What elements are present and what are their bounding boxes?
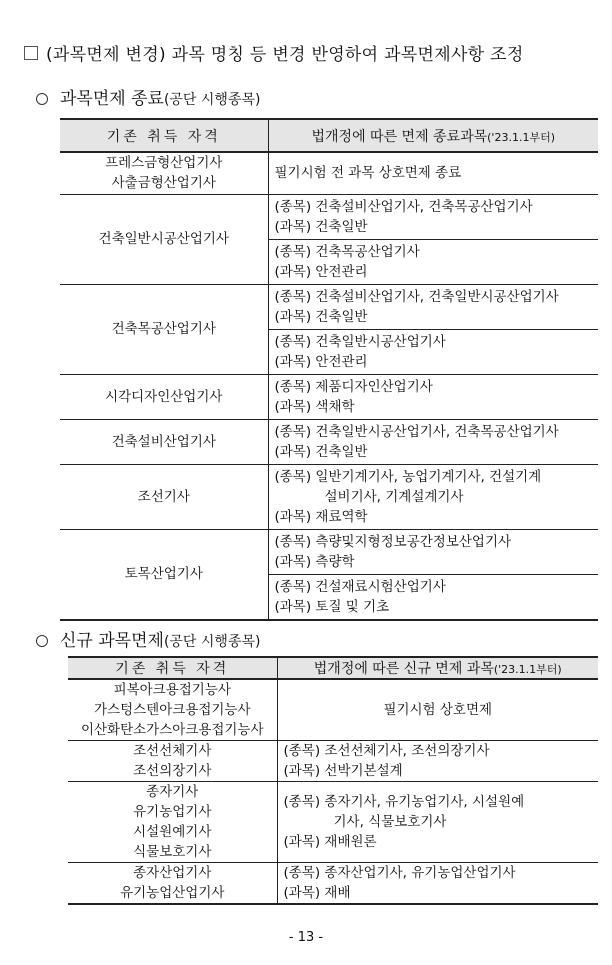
table-row: 프레스금형산업기사사출금형산업기사 필기시험 전 과목 상호면제 종료: [60, 152, 598, 194]
header-qualification: 기존 취득 자격: [60, 119, 268, 152]
subject-cell: (종목) 건축일반시공산업기사, 건축목공산업기사(과목) 건축일반: [268, 419, 598, 464]
table-row: 시각디자인산업기사 (종목) 제품디자인산업기사(과목) 색채학: [60, 374, 598, 419]
main-heading: (과목면제 변경) 과목 명칭 등 변경 반영하여 과목면제사항 조정: [24, 40, 524, 65]
circle-bullet-icon: [36, 635, 48, 647]
exemption-end-table: 기존 취득 자격 법개정에 따른 면제 종료과목('23.1.1부터) 프레스금…: [60, 118, 598, 621]
table-row: 종자산업기사유기농업산업기사 (종목) 종자산업기사, 유기농업산업기사(과목)…: [68, 863, 598, 905]
qualification-cell: 조선기사: [60, 464, 268, 529]
page-number: - 13 -: [0, 930, 612, 945]
header-subjects: 법개정에 따른 면제 종료과목('23.1.1부터): [268, 119, 598, 152]
subject-cell: (종목) 건축목공산업기사(과목) 안전관리: [268, 239, 598, 284]
square-bullet-icon: [24, 46, 38, 60]
qualification-cell: 조선선체기사조선의장기사: [68, 741, 277, 782]
subject-cell: (종목) 일반기계기사, 농업기계기사, 건설기계설비기사, 기계설계기사(과목…: [268, 464, 598, 529]
qualification-cell: 종자기사유기농업기사시설원예기사식물보호기사: [68, 782, 277, 863]
circle-bullet-icon: [36, 93, 48, 105]
qualification-cell: 피복아크용접기능사가스텅스텐아크용접기능사이산화탄소가스아크용접기능사: [68, 679, 277, 741]
subject-cell: (종목) 측량및지형정보공간정보산업기사(과목) 측량학: [268, 529, 598, 574]
subject-cell: (종목) 건설재료시험산업기사(과목) 토질 및 기초: [268, 574, 598, 620]
subject-cell: (종목) 건축설비산업기사, 건축목공산업기사(과목) 건축일반: [268, 194, 598, 239]
subject-cell: (종목) 조선선체기사, 조선의장기사(과목) 선박기본설계: [277, 741, 598, 782]
qualification-cell: 건축설비산업기사: [60, 419, 268, 464]
subject-cell: 필기시험 전 과목 상호면제 종료: [268, 152, 598, 194]
subject-cell: (종목) 건축설비산업기사, 건축일반시공산업기사(과목) 건축일반: [268, 284, 598, 329]
subject-cell: (종목) 제품디자인산업기사(과목) 색채학: [268, 374, 598, 419]
header-qualification: 기존 취득 자격: [68, 657, 277, 679]
table-row: 건축설비산업기사 (종목) 건축일반시공산업기사, 건축목공산업기사(과목) 건…: [60, 419, 598, 464]
subject-cell: (종목) 건축일반시공산업기사(과목) 안전관리: [268, 329, 598, 374]
section-heading-exemption-end: 과목면제 종료(공단 시행종목): [36, 84, 260, 109]
table-row: 피복아크용접기능사가스텅스텐아크용접기능사이산화탄소가스아크용접기능사 필기시험…: [68, 679, 598, 741]
table-row: 토목산업기사 (종목) 측량및지형정보공간정보산업기사(과목) 측량학: [60, 529, 598, 574]
subject-cell: (종목) 종자기사, 유기농업기사, 시설원예기사, 식물보호기사(과목) 재배…: [277, 782, 598, 863]
qualification-cell: 토목산업기사: [60, 529, 268, 620]
section-title: 신규 과목면제: [60, 626, 164, 651]
section-subtitle: (공단 시행종목): [164, 631, 261, 651]
subject-cell: (종목) 종자산업기사, 유기농업산업기사(과목) 재배: [277, 863, 598, 905]
subject-cell: 필기시험 상호면제: [277, 679, 598, 741]
main-heading-text: (과목면제 변경) 과목 명칭 등 변경 반영하여 과목면제사항 조정: [46, 40, 524, 65]
table-row: 종자기사유기농업기사시설원예기사식물보호기사 (종목) 종자기사, 유기농업기사…: [68, 782, 598, 863]
section-subtitle: (공단 시행종목): [164, 89, 261, 109]
qualification-cell: 건축목공산업기사: [60, 284, 268, 374]
section-title: 과목면제 종료: [60, 84, 164, 109]
header-subjects: 법개정에 따른 신규 면제 과목('23.1.1부터): [277, 657, 598, 679]
table-header-row: 기존 취득 자격 법개정에 따른 면제 종료과목('23.1.1부터): [60, 119, 598, 152]
qualification-cell: 종자산업기사유기농업산업기사: [68, 863, 277, 905]
table-row: 조선선체기사조선의장기사 (종목) 조선선체기사, 조선의장기사(과목) 선박기…: [68, 741, 598, 782]
qualification-cell: 시각디자인산업기사: [60, 374, 268, 419]
table-header-row: 기존 취득 자격 법개정에 따른 신규 면제 과목('23.1.1부터): [68, 657, 598, 679]
table-row: 건축일반시공산업기사 (종목) 건축설비산업기사, 건축목공산업기사(과목) 건…: [60, 194, 598, 239]
table-row: 건축목공산업기사 (종목) 건축설비산업기사, 건축일반시공산업기사(과목) 건…: [60, 284, 598, 329]
qualification-cell: 프레스금형산업기사사출금형산업기사: [60, 152, 268, 194]
new-exemption-table: 기존 취득 자격 법개정에 따른 신규 면제 과목('23.1.1부터) 피복아…: [68, 656, 598, 905]
table-row: 조선기사 (종목) 일반기계기사, 농업기계기사, 건설기계설비기사, 기계설계…: [60, 464, 598, 529]
qualification-cell: 건축일반시공산업기사: [60, 194, 268, 284]
section-heading-new-exemption: 신규 과목면제(공단 시행종목): [36, 626, 260, 651]
